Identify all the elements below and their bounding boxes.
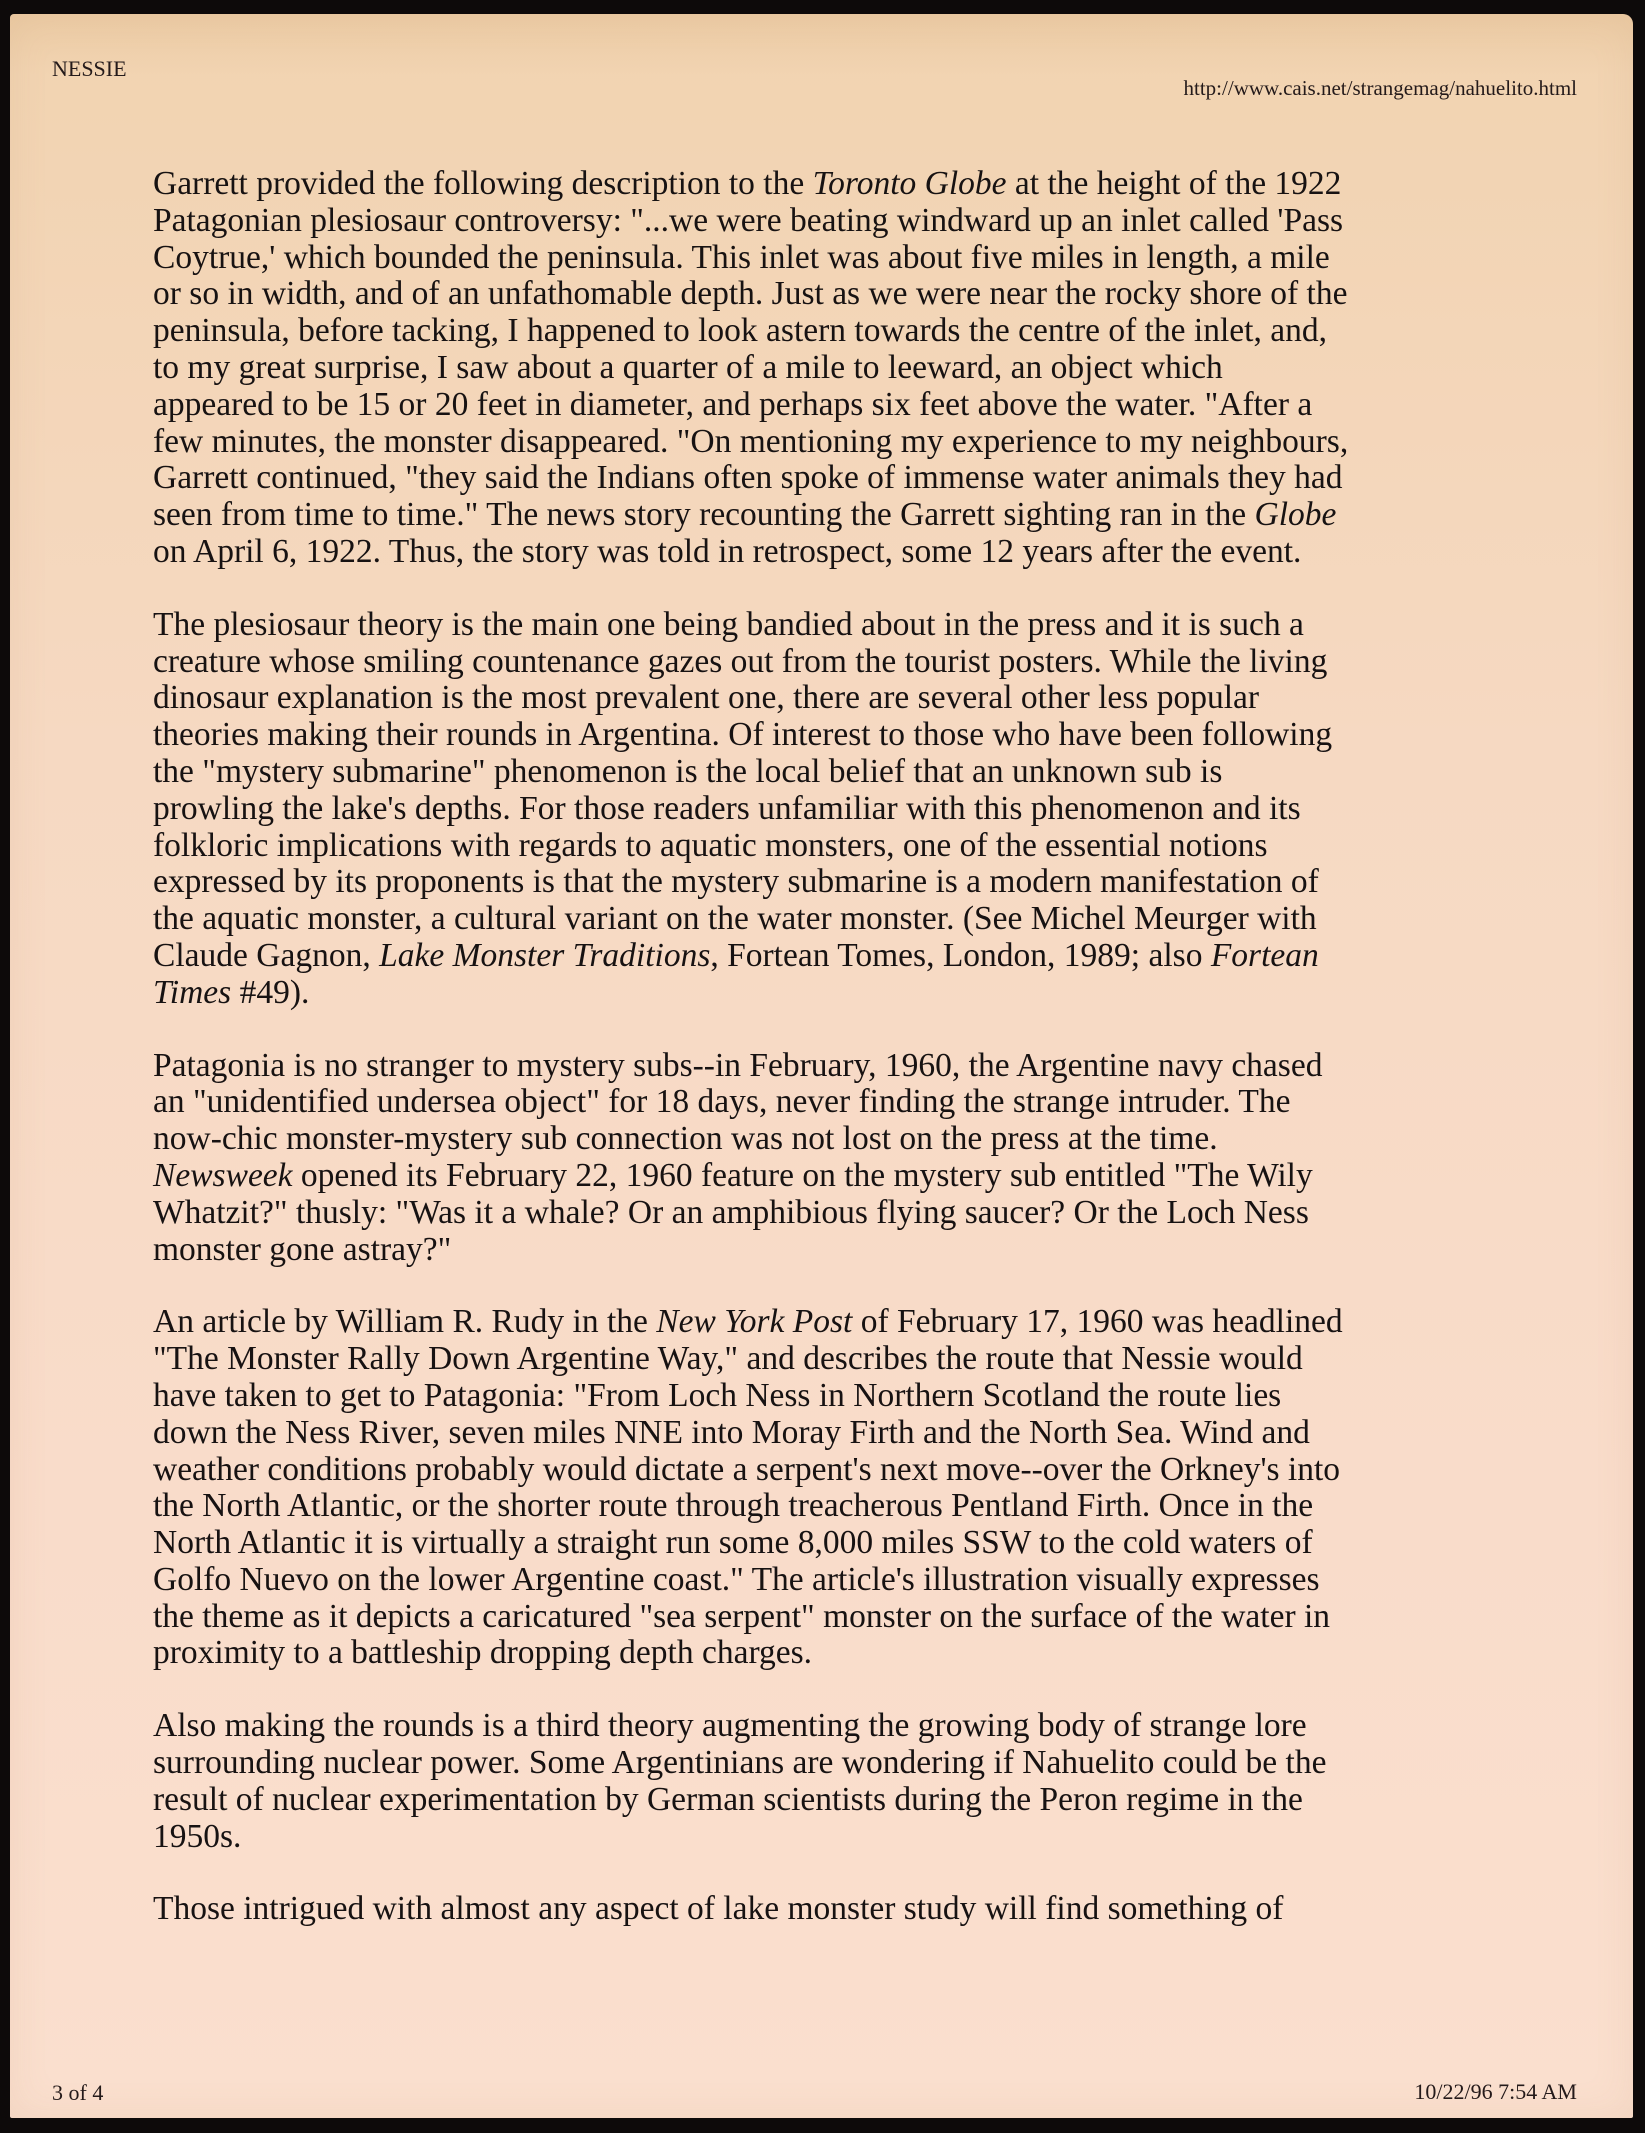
text-run: weather conditions probably would dictat… <box>153 1451 1340 1488</box>
text-run: dinosaur explanation is the most prevale… <box>153 679 1259 716</box>
text-line: the aquatic monster, a cultural variant … <box>153 901 1508 938</box>
paragraph: Those intrigued with almost any aspect o… <box>153 1891 1508 1928</box>
text-line: Whatzit?" thusly: "Was it a whale? Or an… <box>153 1195 1508 1232</box>
italic-title: Globe <box>1255 496 1337 533</box>
text-line: result of nuclear experimentation by Ger… <box>153 1782 1508 1819</box>
header-url: http://www.cais.net/strangemag/nahuelito… <box>1184 76 1577 101</box>
italic-title: Newsweek <box>153 1157 293 1194</box>
italic-title: Lake Monster Traditions <box>379 937 710 974</box>
text-line: "The Monster Rally Down Argentine Way," … <box>153 1341 1508 1378</box>
text-line: the theme as it depicts a caricatured "s… <box>153 1599 1508 1636</box>
article-body: Garrett provided the following descripti… <box>153 166 1508 1964</box>
text-run: few minutes, the monster disappeared. "O… <box>153 423 1348 460</box>
text-run: #49). <box>231 974 309 1011</box>
text-run: Coytrue,' which bounded the peninsula. T… <box>153 239 1330 276</box>
italic-title: Fortean <box>1211 937 1319 974</box>
text-run: the theme as it depicts a caricatured "s… <box>153 1598 1330 1635</box>
text-run: Garrett continued, "they said the Indian… <box>153 459 1343 496</box>
paragraph: Patagonia is no stranger to mystery subs… <box>153 1048 1508 1269</box>
text-line: Golfo Nuevo on the lower Argentine coast… <box>153 1562 1508 1599</box>
text-run: Claude Gagnon, <box>153 937 379 974</box>
text-line: Claude Gagnon, Lake Monster Traditions, … <box>153 938 1508 975</box>
text-line: down the Ness River, seven miles NNE int… <box>153 1415 1508 1452</box>
text-run: Whatzit?" thusly: "Was it a whale? Or an… <box>153 1194 1309 1231</box>
text-run: An article by William R. Rudy in the <box>153 1303 656 1340</box>
text-line: Newsweek opened its February 22, 1960 fe… <box>153 1158 1508 1195</box>
text-run: the "mystery submarine" phenomenon is th… <box>153 753 1222 790</box>
italic-title: New York Post <box>656 1303 852 1340</box>
text-run: Those intrigued with almost any aspect o… <box>153 1890 1283 1927</box>
text-line: expressed by its proponents is that the … <box>153 864 1508 901</box>
text-run: The plesiosaur theory is the main one be… <box>153 606 1304 643</box>
text-line: dinosaur explanation is the most prevale… <box>153 680 1508 717</box>
text-line: Those intrigued with almost any aspect o… <box>153 1891 1508 1928</box>
text-run: the North Atlantic, or the shorter route… <box>153 1487 1313 1524</box>
text-run: to my great surprise, I saw about a quar… <box>153 349 1223 386</box>
text-line: weather conditions probably would dictat… <box>153 1452 1508 1489</box>
text-run: on April 6, 1922. Thus, the story was to… <box>153 533 1301 570</box>
text-line: the "mystery submarine" phenomenon is th… <box>153 754 1508 791</box>
text-run: Golfo Nuevo on the lower Argentine coast… <box>153 1561 1320 1598</box>
text-line: North Atlantic it is virtually a straigh… <box>153 1525 1508 1562</box>
text-line: seen from time to time." The news story … <box>153 497 1508 534</box>
text-line: Also making the rounds is a third theory… <box>153 1708 1508 1745</box>
text-run: opened its February 22, 1960 feature on … <box>293 1157 1313 1194</box>
text-run: appeared to be 15 or 20 feet in diameter… <box>153 386 1312 423</box>
text-run: expressed by its proponents is that the … <box>153 863 1319 900</box>
header-title: NESSIE <box>52 56 127 82</box>
text-line: creature whose smiling countenance gazes… <box>153 644 1508 681</box>
paragraph: An article by William R. Rudy in the New… <box>153 1304 1508 1672</box>
text-line: now-chic monster-mystery sub connection … <box>153 1121 1508 1158</box>
printed-page: NESSIE http://www.cais.net/strangemag/na… <box>10 14 1633 2118</box>
text-line: peninsula, before tacking, I happened to… <box>153 313 1508 350</box>
text-run: Patagonian plesiosaur controversy: "...w… <box>153 202 1343 239</box>
text-run: , Fortean Tomes, London, 1989; also <box>710 937 1210 974</box>
text-line: or so in width, and of an unfathomable d… <box>153 276 1508 313</box>
print-timestamp: 10/22/96 7:54 AM <box>1414 2079 1577 2105</box>
text-run: an "unidentified undersea object" for 18… <box>153 1083 1290 1120</box>
text-run: at the height of the 1922 <box>1007 165 1342 202</box>
paragraph: Also making the rounds is a third theory… <box>153 1708 1508 1855</box>
text-run: folkloric implications with regards to a… <box>153 827 1268 864</box>
text-line: surrounding nuclear power. Some Argentin… <box>153 1745 1508 1782</box>
text-run: now-chic monster-mystery sub connection … <box>153 1120 1218 1157</box>
text-run: Garrett provided the following descripti… <box>153 165 813 202</box>
text-run: North Atlantic it is virtually a straigh… <box>153 1524 1313 1561</box>
text-line: Coytrue,' which bounded the peninsula. T… <box>153 240 1508 277</box>
text-line: on April 6, 1922. Thus, the story was to… <box>153 534 1508 571</box>
text-run: theories making their rounds in Argentin… <box>153 716 1332 753</box>
text-line: folkloric implications with regards to a… <box>153 828 1508 865</box>
text-line: the North Atlantic, or the shorter route… <box>153 1488 1508 1525</box>
text-line: Patagonia is no stranger to mystery subs… <box>153 1048 1508 1085</box>
text-line: Times #49). <box>153 975 1508 1012</box>
text-line: prowling the lake's depths. For those re… <box>153 791 1508 828</box>
text-run: result of nuclear experimentation by Ger… <box>153 1781 1303 1818</box>
text-run: Patagonia is no stranger to mystery subs… <box>153 1047 1322 1084</box>
text-line: Garrett continued, "they said the Indian… <box>153 460 1508 497</box>
text-line: The plesiosaur theory is the main one be… <box>153 607 1508 644</box>
text-run: the aquatic monster, a cultural variant … <box>153 900 1317 937</box>
text-run: monster gone astray?" <box>153 1231 451 1268</box>
paragraph: Garrett provided the following descripti… <box>153 166 1508 571</box>
text-run: of February 17, 1960 was headlined <box>852 1303 1342 1340</box>
text-line: an "unidentified undersea object" for 18… <box>153 1084 1508 1121</box>
text-line: theories making their rounds in Argentin… <box>153 717 1508 754</box>
text-line: Patagonian plesiosaur controversy: "...w… <box>153 203 1508 240</box>
text-run: proximity to a battleship dropping depth… <box>153 1634 812 1671</box>
paragraph: The plesiosaur theory is the main one be… <box>153 607 1508 1012</box>
text-run: 1950s. <box>153 1818 241 1855</box>
text-run: or so in width, and of an unfathomable d… <box>153 275 1347 312</box>
text-run: surrounding nuclear power. Some Argentin… <box>153 1744 1326 1781</box>
text-run: creature whose smiling countenance gazes… <box>153 643 1327 680</box>
text-line: proximity to a battleship dropping depth… <box>153 1635 1508 1672</box>
italic-title: Times <box>153 974 231 1011</box>
italic-title: Toronto Globe <box>813 165 1007 202</box>
text-line: few minutes, the monster disappeared. "O… <box>153 424 1508 461</box>
text-line: monster gone astray?" <box>153 1232 1508 1269</box>
text-line: have taken to get to Patagonia: "From Lo… <box>153 1378 1508 1415</box>
text-run: prowling the lake's depths. For those re… <box>153 790 1301 827</box>
page-indicator: 3 of 4 <box>52 2080 103 2106</box>
text-line: An article by William R. Rudy in the New… <box>153 1304 1508 1341</box>
text-run: have taken to get to Patagonia: "From Lo… <box>153 1377 1281 1414</box>
text-run: Also making the rounds is a third theory… <box>153 1707 1307 1744</box>
text-run: seen from time to time." The news story … <box>153 496 1255 533</box>
text-line: to my great surprise, I saw about a quar… <box>153 350 1508 387</box>
text-run: "The Monster Rally Down Argentine Way," … <box>153 1340 1303 1377</box>
text-run: down the Ness River, seven miles NNE int… <box>153 1414 1310 1451</box>
text-run: peninsula, before tacking, I happened to… <box>153 312 1327 349</box>
text-line: 1950s. <box>153 1819 1508 1856</box>
text-line: Garrett provided the following descripti… <box>153 166 1508 203</box>
text-line: appeared to be 15 or 20 feet in diameter… <box>153 387 1508 424</box>
